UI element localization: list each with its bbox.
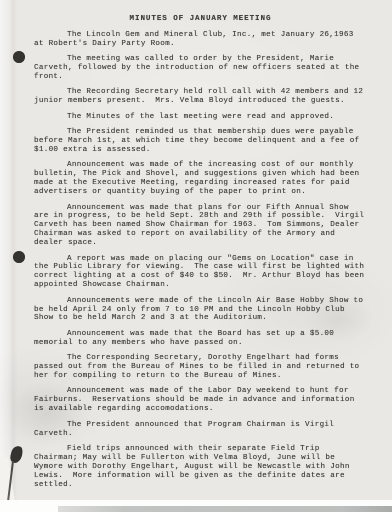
- hole-punch-middle-icon: [13, 251, 25, 263]
- minutes-paragraph: The Corresponding Secretary, Dorothy Eng…: [34, 354, 367, 381]
- minutes-paragraph: Announcement was made that the Board has…: [34, 330, 367, 348]
- minutes-paragraph: Announcement was made of the increasing …: [34, 161, 367, 197]
- minutes-paragraph: Announcement was made that plans for our…: [34, 204, 367, 249]
- minutes-paragraph: The Minutes of the last meeting were rea…: [34, 113, 367, 122]
- scan-edge-shadow: [58, 506, 392, 512]
- minutes-paragraph: A report was made on placing our "Gems o…: [34, 255, 367, 291]
- minutes-paragraph: Field trips announced with their separat…: [34, 445, 367, 490]
- scanned-page-photo: MINUTES OF JANUARY MEETING The Lincoln G…: [0, 0, 392, 512]
- paper-sheet: MINUTES OF JANUARY MEETING The Lincoln G…: [0, 0, 392, 502]
- minutes-paragraph: Announcement was made of the Labor Day w…: [34, 387, 367, 414]
- minutes-paragraph: The meeting was called to order by the P…: [34, 55, 367, 82]
- minutes-paragraph: The President announced that Program Cha…: [34, 421, 367, 439]
- minutes-paragraph: The Lincoln Gem and Mineral Club, Inc., …: [34, 31, 367, 49]
- document-title: MINUTES OF JANUARY MEETING: [34, 15, 367, 24]
- hole-punch-top-icon: [13, 51, 25, 63]
- minutes-paragraph: The Recording Secretary held roll call w…: [34, 88, 367, 106]
- minutes-body: MINUTES OF JANUARY MEETING The Lincoln G…: [34, 15, 367, 496]
- minutes-paragraph: Announcements were made of the Lincoln A…: [34, 297, 367, 324]
- minutes-paragraph: The President reminded us that membershi…: [34, 128, 367, 155]
